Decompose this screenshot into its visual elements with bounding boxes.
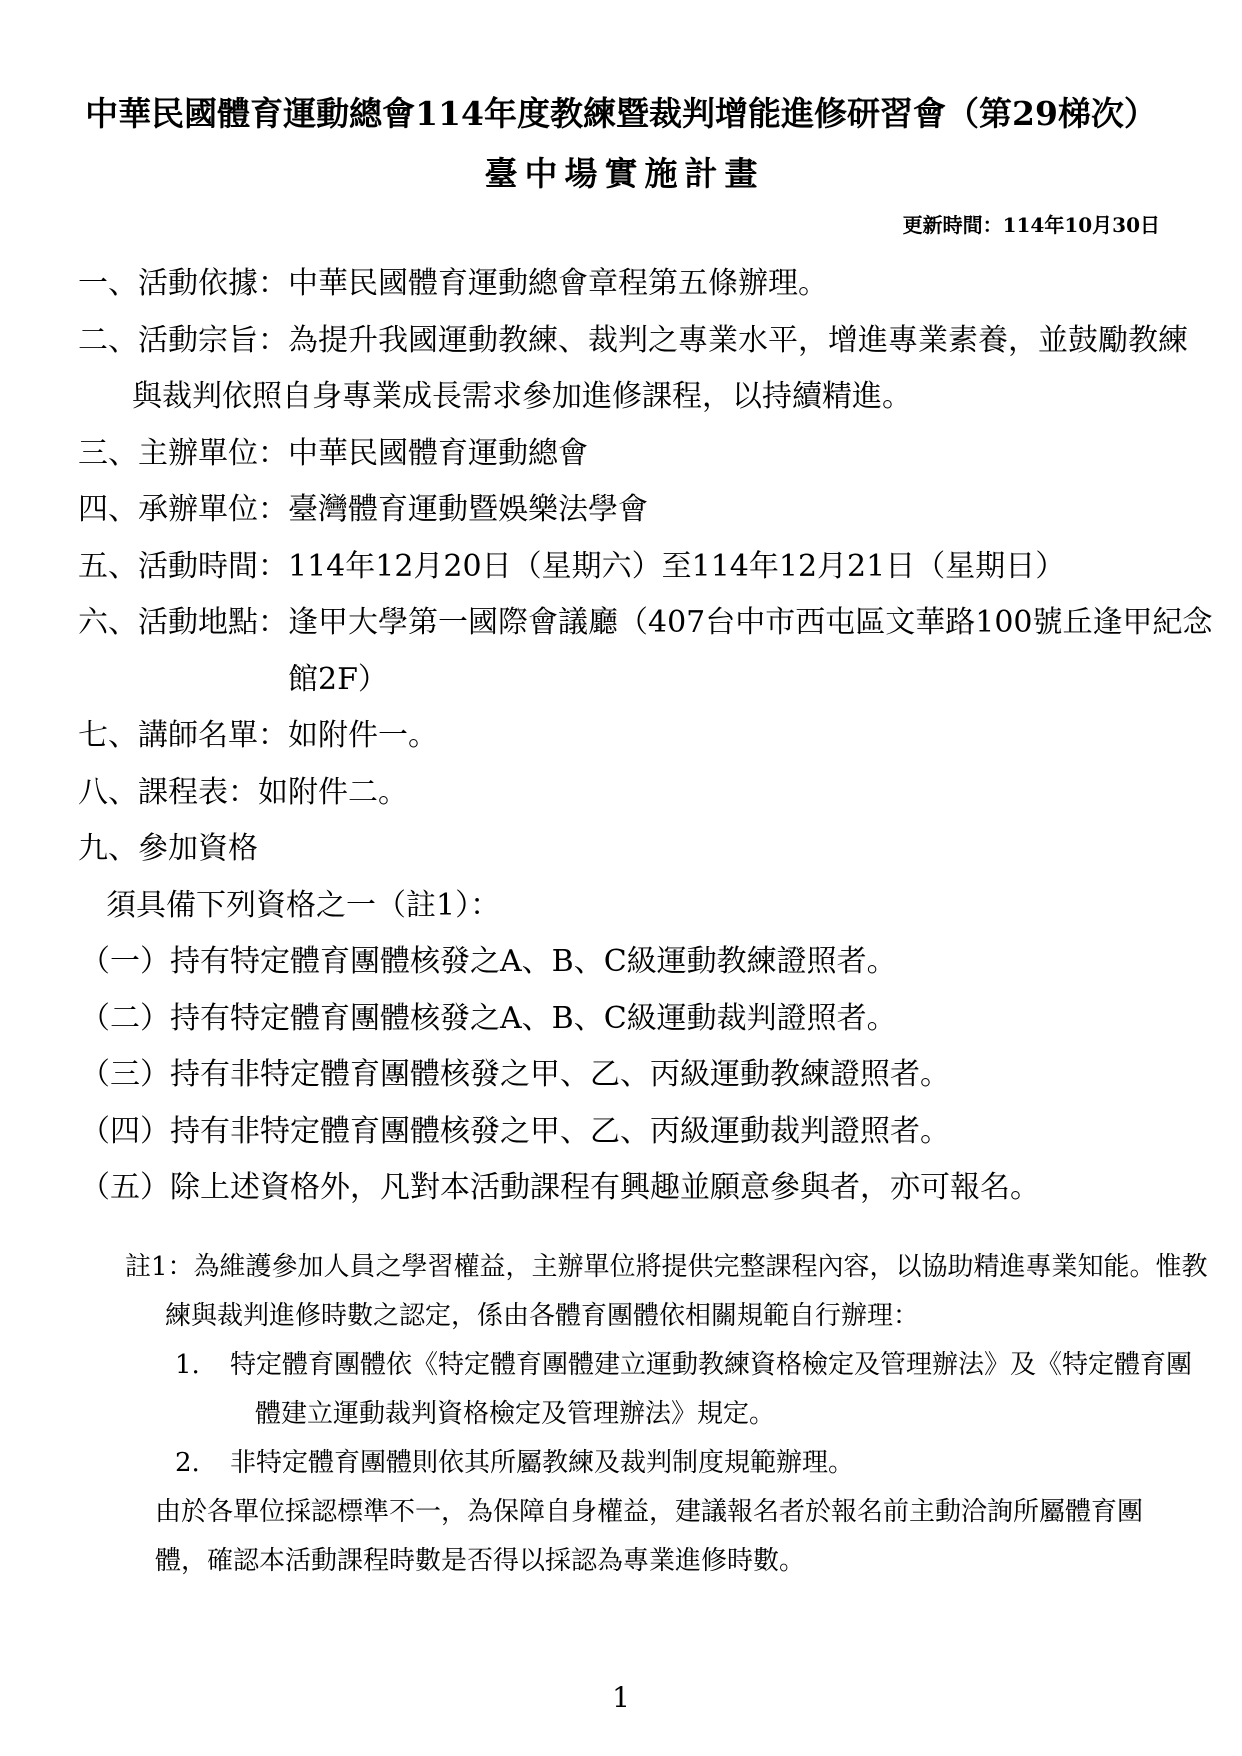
note-1-line-1: 註1：為維護參加人員之學習權益，主辦單位將提供完整課程內容，以協助精進專業知能。… [0,1243,1242,1292]
qualification-2: （二）持有特定體育團體核發之A、B、C級運動裁判證照者。 [0,991,1242,1048]
document-body: 一、活動依據：中華民國體育運動總會章程第五條辦理。 二、活動宗旨：為提升我國運動… [0,256,1242,1217]
document-page: 中華民國體育運動總會114年度教練暨裁判增能進修研習會（第29梯次） 臺中場實施… [0,0,1242,1756]
qualification-4: （四）持有非特定體育團體核發之甲、乙、丙級運動裁判證照者。 [0,1104,1242,1161]
item-6-continuation: 館2F） [0,652,1242,709]
note-sub-item-1-number: 1. [175,1341,230,1390]
qualification-3: （三）持有非特定體育團體核發之甲、乙、丙級運動教練證照者。 [0,1047,1242,1104]
page-number: 1 [0,1678,1242,1718]
item-9: 九、參加資格 [0,821,1242,878]
note-sub-item-2: 2.非特定體育團體則依其所屬教練及裁判制度規範辦理。 [0,1439,1242,1488]
note-closing-line-2: 體，確認本活動課程時數是否得以採認為專業進修時數。 [0,1537,1242,1586]
note-sub-item-2-text: 非特定體育團體則依其所屬教練及裁判制度規範辦理。 [230,1448,854,1478]
qualification-intro: 須具備下列資格之一（註1）： [0,878,1242,935]
item-4: 四、承辦單位：臺灣體育運動暨娛樂法學會 [0,482,1242,539]
document-title-line-2: 臺中場實施計畫 [0,144,1242,204]
item-3: 三、主辦單位：中華民國體育運動總會 [0,426,1242,483]
qualification-1: （一）持有特定體育團體核發之A、B、C級運動教練證照者。 [0,934,1242,991]
note-sub-item-1-continuation: 體建立運動裁判資格檢定及管理辦法》規定。 [0,1390,1242,1439]
item-8: 八、課程表：如附件二。 [0,765,1242,822]
qualification-5: （五）除上述資格外，凡對本活動課程有興趣並願意參與者，亦可報名。 [0,1160,1242,1217]
note-sub-item-1: 1.特定體育團體依《特定體育團體建立運動教練資格檢定及管理辦法》及《特定體育團 [0,1341,1242,1390]
note-sub-item-1-text: 特定體育團體依《特定體育團體建立運動教練資格檢定及管理辦法》及《特定體育團 [230,1350,1192,1380]
note-section: 註1：為維護參加人員之學習權益，主辦單位將提供完整課程內容，以協助精進專業知能。… [0,1243,1242,1586]
item-6: 六、活動地點：逢甲大學第一國際會議廳（407台中市西屯區文華路100號丘逢甲紀念 [0,595,1242,652]
item-7: 七、講師名單：如附件一。 [0,708,1242,765]
note-closing-line-1: 由於各單位採認標準不一，為保障自身權益，建議報名者於報名前主動洽詢所屬體育團 [0,1488,1242,1537]
item-2: 二、活動宗旨：為提升我國運動教練、裁判之專業水平，增進專業素養，並鼓勵教練 [0,313,1242,370]
note-1-line-2: 練與裁判進修時數之認定，係由各體育團體依相關規範自行辦理： [0,1292,1242,1341]
update-time: 更新時間：114年10月30日 [0,208,1242,242]
item-1: 一、活動依據：中華民國體育運動總會章程第五條辦理。 [0,256,1242,313]
item-5: 五、活動時間：114年12月20日（星期六）至114年12月21日（星期日） [0,539,1242,596]
document-title-line-1: 中華民國體育運動總會114年度教練暨裁判增能進修研習會（第29梯次） [0,84,1242,144]
note-sub-item-2-number: 2. [175,1439,230,1488]
item-2-continuation: 與裁判依照自身專業成長需求參加進修課程，以持續精進。 [0,369,1242,426]
